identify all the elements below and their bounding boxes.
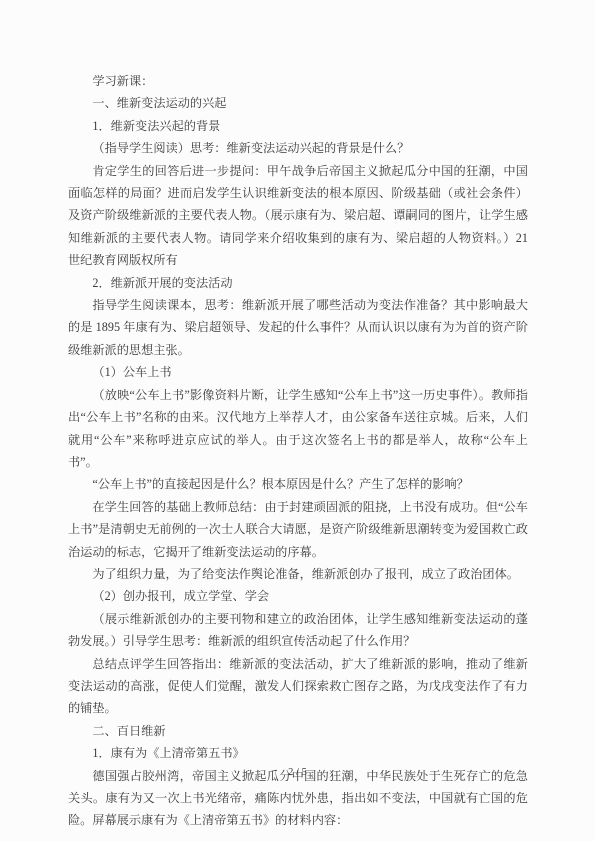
- para-gongche-intro: （放映“公车上书”影像资料片断，让学生感知“公车上书”这一历史事件）。教师指出“…: [68, 384, 528, 474]
- heading-kang-fifth-letter: 1．康有为《上清帝第五书》: [68, 742, 528, 764]
- document-page: 学习新课： 一、维新变法运动的兴起 1．维新变法兴起的背景 （指导学生阅读）思考…: [0, 0, 595, 841]
- lesson-intro-label: 学习新课：: [68, 70, 528, 92]
- heading-gongche-shangshu: （1）公车上书: [68, 361, 528, 383]
- document-body: 学习新课： 一、维新变法运动的兴起 1．维新变法兴起的背景 （指导学生阅读）思考…: [68, 70, 528, 832]
- para-reading-task: 指导学生阅读课本，思考：维新派开展了哪些活动为变法作准备？其中影响最大的是 18…: [68, 294, 528, 361]
- heading-section-two: 二、百日维新: [68, 720, 528, 742]
- para-teacher-summary: 在学生回答的基础上教师总结：由于封建顽固派的阻挠，上书没有成功。但“公车上书”是…: [68, 496, 528, 563]
- para-teacher-prompt: 肯定学生的回答后进一步提问：甲午战争后帝国主义掀起瓜分中国的狂潮，中国面临怎样的…: [68, 160, 528, 272]
- page-number: 2 / 5: [0, 766, 595, 780]
- heading-reform-activities: 2．维新派开展的变法活动: [68, 272, 528, 294]
- heading-newspapers: （2）创办报刊，成立学堂、学会: [68, 585, 528, 607]
- para-organize-forces: 为了组织力量，为了给变法作舆论准备，维新派创办了报刊，成立了政治团体。: [68, 563, 528, 585]
- heading-background: 1．维新变法兴起的背景: [68, 115, 528, 137]
- para-reading-question: （指导学生阅读）思考：维新变法运动兴起的背景是什么？: [68, 137, 528, 159]
- para-summary-comment: 总结点评学生回答指出：维新派的变法活动，扩大了维新派的影响，推动了维新变法运动的…: [68, 653, 528, 720]
- para-display-publications: （展示维新派创办的主要刊物和建立的政治团体，让学生感知维新变法运动的蓬勃发展。）…: [68, 608, 528, 653]
- para-gongche-questions: “公车上书”的直接起因是什么？根本原因是什么？产生了怎样的影响？: [68, 473, 528, 495]
- heading-section-one: 一、维新变法运动的兴起: [68, 92, 528, 114]
